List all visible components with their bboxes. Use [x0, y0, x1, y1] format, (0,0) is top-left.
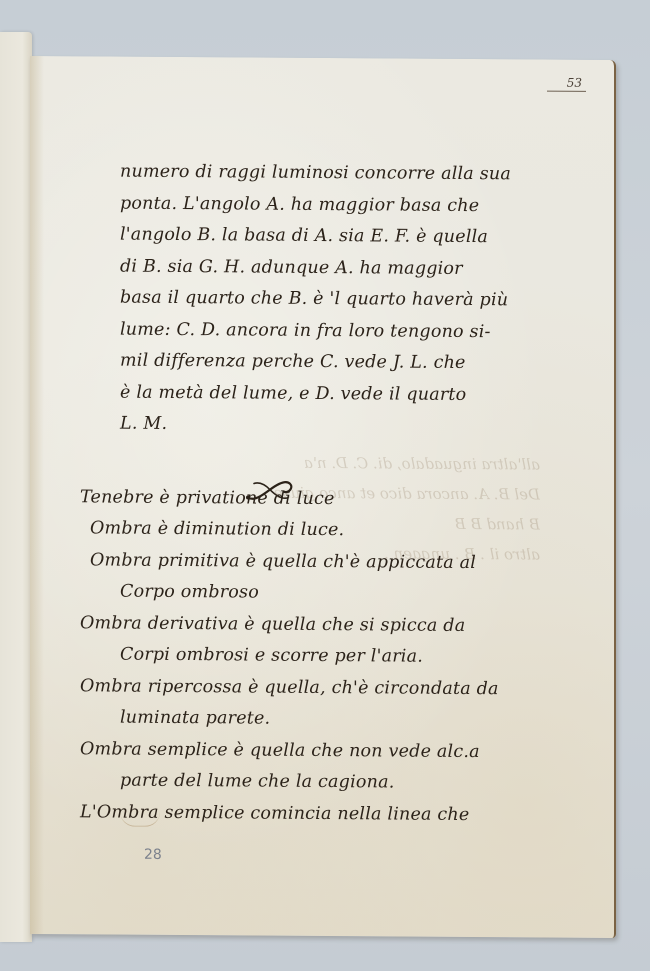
- definition-line: Corpo ombroso: [80, 576, 560, 611]
- manuscript-text: numero di raggi luminosi concorre alla s…: [80, 156, 560, 831]
- definition-line: Ombra ripercossa è quella, ch'è circonda…: [80, 671, 560, 706]
- definition-line: Corpi ombrosi e scorre per l'aria.: [80, 639, 560, 674]
- text-line: L. M.: [80, 408, 560, 443]
- definition-line: Ombra derivativa è quella che si spicca …: [80, 608, 560, 643]
- definition-line: luminata parete.: [80, 702, 560, 737]
- text-line: numero di raggi luminosi concorre alla s…: [80, 156, 560, 191]
- flourish-divider-icon: [240, 475, 300, 503]
- ornament-spacer: [80, 440, 560, 485]
- text-line: di B. sia G. H. adunque A. ha maggior: [80, 251, 560, 286]
- folio-number: 53: [547, 76, 586, 92]
- text-line: mil differenza perche C. vede J. L. che: [80, 345, 560, 380]
- definition-line: Tenebre è privatione di luce: [80, 482, 560, 517]
- text-line: lume: C. D. ancora in fra loro tengono s…: [80, 314, 560, 349]
- text-line: l'angolo B. la basa di A. sia E. F. è qu…: [80, 219, 560, 254]
- archive-pencil-number: 28: [144, 847, 162, 863]
- manuscript-page: 53 all'altra inguadalo, di. C. D. n'a De…: [30, 56, 616, 938]
- definition-line: Ombra è diminution di luce.: [80, 513, 560, 548]
- definition-line: Ombra semplice è quella che non vede alc…: [80, 734, 560, 769]
- text-line: ponta. L'angolo A. ha maggior basa che: [80, 188, 560, 223]
- text-line: basa il quarto che B. è 'l quarto haverà…: [80, 282, 560, 317]
- definition-line: Ombra primitiva è quella ch'è appiccata …: [80, 545, 560, 580]
- definition-line: parte del lume che la cagiona.: [80, 765, 560, 800]
- text-line: è la metà del lume, e D. vede il quarto: [80, 377, 560, 412]
- left-facing-leaf: [0, 32, 32, 942]
